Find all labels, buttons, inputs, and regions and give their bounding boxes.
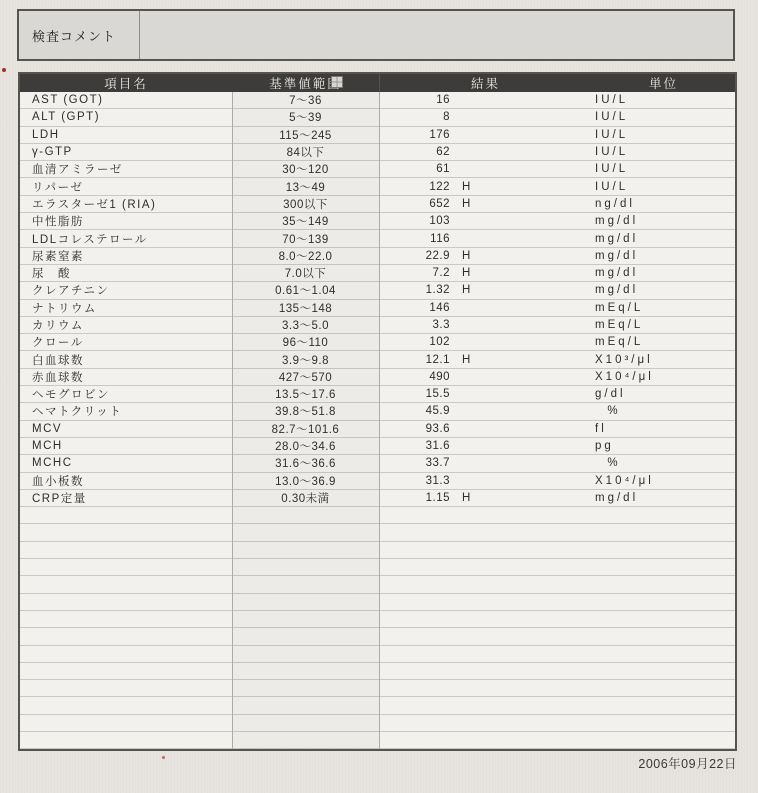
item-name-cell: LDLコレステロール: [20, 231, 232, 247]
result-value-cell: 22.9: [379, 250, 450, 262]
unit-cell: fl: [495, 423, 735, 435]
item-name-cell: ヘモグロビン: [20, 386, 232, 402]
header-seam: [379, 74, 380, 92]
result-value-cell: 652: [379, 198, 450, 210]
result-value-cell: 176: [379, 129, 450, 141]
unit-cell: IU/L: [495, 129, 735, 141]
scan-speck: [162, 756, 165, 759]
unit-cell: mEq/L: [495, 336, 735, 348]
header-reference-range: 基準値範囲: [232, 74, 379, 92]
item-name-cell: MCH: [20, 440, 232, 452]
result-flag-cell: H: [450, 284, 495, 296]
scan-artifact-square: [331, 76, 343, 88]
range-column-tint: [232, 92, 379, 749]
unit-cell: mg/dl: [495, 233, 735, 245]
item-name-cell: MCV: [20, 423, 232, 435]
item-name-cell: 白血球数: [20, 352, 232, 368]
unit-cell: mg/dl: [495, 492, 735, 504]
scan-speck: [2, 68, 6, 72]
item-name-cell: 中性脂肪: [20, 213, 232, 229]
item-name-cell: 赤血球数: [20, 369, 232, 385]
result-value-cell: 33.7: [379, 457, 450, 469]
comment-content: [140, 11, 733, 59]
item-name-cell: LDH: [20, 129, 232, 141]
item-name-cell: MCHC: [20, 457, 232, 469]
item-name-cell: 血小板数: [20, 473, 232, 489]
item-name-cell: 尿 酸: [20, 265, 232, 281]
unit-cell: IU/L: [495, 163, 735, 175]
comment-label-cell: 検査コメント: [19, 11, 140, 59]
column-divider-1: [232, 92, 233, 749]
item-name-cell: エラスターゼ1 (RIA): [20, 196, 232, 212]
result-value-cell: 122: [379, 181, 450, 193]
item-name-cell: カリウム: [20, 317, 232, 333]
result-value-cell: 93.6: [379, 423, 450, 435]
unit-cell: X10⁴/μl: [495, 475, 735, 487]
item-name-cell: クロール: [20, 334, 232, 350]
result-value-cell: 7.2: [379, 267, 450, 279]
comment-label: 検査コメント: [32, 26, 116, 45]
unit-cell: %: [495, 457, 735, 469]
result-value-cell: 1.15: [379, 492, 450, 504]
result-value-cell: 490: [379, 371, 450, 383]
result-value-cell: 1.32: [379, 284, 450, 296]
item-name-cell: 尿素窒素: [20, 248, 232, 264]
unit-cell: mg/dl: [495, 284, 735, 296]
unit-cell: X10⁴/μl: [495, 371, 735, 383]
item-name-cell: ALT (GPT): [20, 111, 232, 123]
result-value-cell: 62: [379, 146, 450, 158]
item-name-cell: ナトリウム: [20, 300, 232, 316]
result-value-cell: 16: [379, 94, 450, 106]
result-value-cell: 103: [379, 215, 450, 227]
column-divider-2: [379, 92, 380, 749]
result-value-cell: 3.3: [379, 319, 450, 331]
result-value-cell: 116: [379, 233, 450, 245]
unit-cell: mEq/L: [495, 319, 735, 331]
lab-results-table: 項目名 基準値範囲 結果 単位 AST (GOT) 7～36 16 IU/L A…: [18, 72, 737, 751]
item-name-cell: 血清アミラーゼ: [20, 161, 232, 177]
item-name-cell: γ-GTP: [20, 146, 232, 158]
result-flag-cell: H: [450, 267, 495, 279]
result-flag-cell: H: [450, 492, 495, 504]
table-body: AST (GOT) 7～36 16 IU/L ALT (GPT) 5～39 8 …: [20, 92, 735, 749]
result-value-cell: 45.9: [379, 405, 450, 417]
unit-cell: mg/dl: [495, 250, 735, 262]
unit-cell: IU/L: [495, 94, 735, 106]
unit-cell: X10³/μl: [495, 354, 735, 366]
scanned-lab-report-page: 検査コメント 項目名 基準値範囲 結果 単位 AST (GOT) 7～36 16…: [0, 0, 758, 793]
item-name-cell: クレアチニン: [20, 282, 232, 298]
report-date: 2006年09月22日: [638, 754, 737, 772]
unit-cell: IU/L: [495, 181, 735, 193]
item-name-cell: ヘマトクリット: [20, 403, 232, 419]
unit-cell: mg/dl: [495, 215, 735, 227]
comment-box: 検査コメント: [17, 9, 735, 61]
result-value-cell: 15.5: [379, 388, 450, 400]
header-result: 結果: [379, 74, 592, 92]
unit-cell: IU/L: [495, 146, 735, 158]
result-value-cell: 146: [379, 302, 450, 314]
unit-cell: IU/L: [495, 111, 735, 123]
item-name-cell: AST (GOT): [20, 94, 232, 106]
result-value-cell: 31.6: [379, 440, 450, 452]
result-value-cell: 31.3: [379, 475, 450, 487]
result-flag-cell: H: [450, 181, 495, 193]
unit-cell: ng/dl: [495, 198, 735, 210]
unit-cell: %: [495, 405, 735, 417]
result-value-cell: 8: [379, 111, 450, 123]
item-name-cell: CRP定量: [20, 490, 232, 506]
result-value-cell: 102: [379, 336, 450, 348]
item-name-cell: リパーゼ: [20, 179, 232, 195]
result-value-cell: 12.1: [379, 354, 450, 366]
header-item-name: 項目名: [20, 74, 232, 92]
table-header-row: 項目名 基準値範囲 結果 単位: [20, 74, 735, 92]
unit-cell: mg/dl: [495, 267, 735, 279]
result-flag-cell: H: [450, 354, 495, 366]
unit-cell: g/dl: [495, 388, 735, 400]
result-flag-cell: H: [450, 198, 495, 210]
unit-cell: pg: [495, 440, 735, 452]
result-value-cell: 61: [379, 163, 450, 175]
unit-cell: mEq/L: [495, 302, 735, 314]
result-flag-cell: H: [450, 250, 495, 262]
header-unit: 単位: [592, 74, 735, 92]
